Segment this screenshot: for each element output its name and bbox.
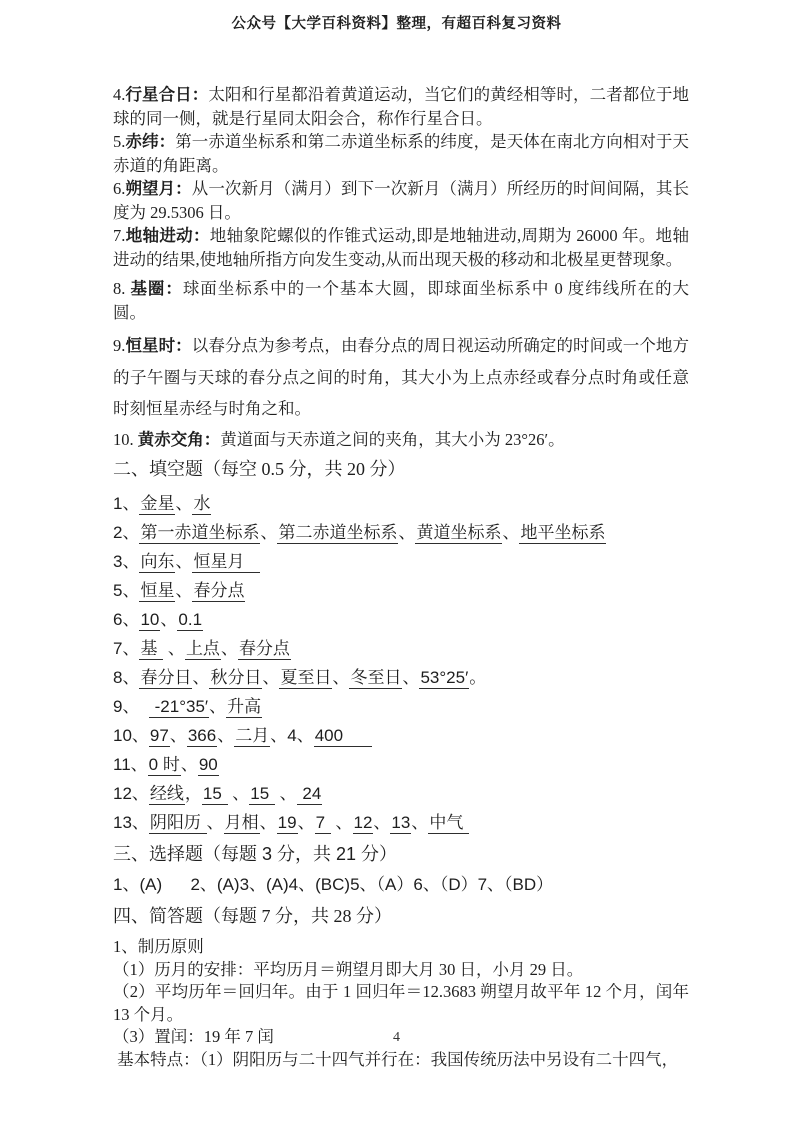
fill-in-item: 7、基 、上点、春分点 <box>113 638 689 659</box>
definitions-list: 4.行星合日：太阳和行星都沿着黄道运动，当它们的黄经相等时，二者都位于地球的同一… <box>113 83 689 451</box>
definition-item: 10. 黄赤交角：黄道面与天赤道之间的夹角，其大小为 23°26′。 <box>113 428 689 452</box>
blank-answer: 春分点 <box>238 639 291 660</box>
separator-text: 、 <box>192 668 209 687</box>
blank-answer: 冬至日 <box>349 668 402 689</box>
definition-number: 6. <box>113 179 125 198</box>
separator-text: 、 <box>207 813 224 832</box>
separator-text: 、 <box>373 813 390 832</box>
definition-item: 9.恒星时：以春分点为参考点，由春分点的周日视运动所确定的时间或一个地方的子午圈… <box>113 330 689 425</box>
definition-text: 第一赤道坐标系和第二赤道坐标系的纬度，是天体在南北方向相对于天赤道的角距离。 <box>113 132 689 175</box>
definition-number: 7. <box>113 226 125 245</box>
separator-text: 、 <box>175 581 192 600</box>
separator-text: 、 <box>502 523 519 542</box>
fill-in-label: 2、 <box>113 523 139 542</box>
definition-number: 4. <box>113 85 125 104</box>
fill-in-item: 1、金星、水 <box>113 493 689 514</box>
blank-answer: 15 <box>202 784 228 805</box>
definition-item: 5.赤纬：第一赤道坐标系和第二赤道坐标系的纬度，是天体在南北方向相对于天赤道的角… <box>113 130 689 177</box>
definition-number: 10. <box>113 430 138 449</box>
section-title-choice: 三、选择题（每题 3 分，共 21 分） <box>113 841 689 867</box>
fill-in-list: 1、金星、水2、第一赤道坐标系、第二赤道坐标系、黄道坐标系、地平坐标系3、向东、… <box>113 493 689 833</box>
fill-in-item: 2、第一赤道坐标系、第二赤道坐标系、黄道坐标系、地平坐标系 <box>113 522 689 543</box>
short-answer-lines: 1、制历原则（1）历月的安排：平均历月＝朔望月即大月 30 日，小月 29 日。… <box>113 936 689 1071</box>
blank-answer: 7 <box>315 813 331 834</box>
short-answer-line: （2）平均历年＝回归年。由于 1 回归年＝12.3683 朔望月故平年 12 个… <box>113 981 689 1026</box>
separator-text <box>139 697 148 716</box>
fill-in-label: 8、 <box>113 668 139 687</box>
separator-text: 。 <box>469 668 486 687</box>
separator-text: 、 <box>332 668 349 687</box>
section-title-short-answer: 四、简答题（每题 7 分，共 28 分） <box>113 903 689 929</box>
blank-answer: 春分日 <box>139 668 192 689</box>
blank-answer: 基 <box>139 639 163 660</box>
separator-text: 、 <box>331 813 353 832</box>
blank-answer: -21°35′ <box>149 697 209 718</box>
separator-text: 、 <box>181 755 198 774</box>
definition-item: 7.地轴进动：地轴象陀螺似的作锥式运动,即是地轴进动,周期为 26000 年。地… <box>113 224 689 271</box>
fill-in-item: 6、10、0.1 <box>113 609 689 630</box>
separator-text: 、 <box>260 813 277 832</box>
blank-answer: 366 <box>187 726 217 747</box>
blank-answer: 阴阳历 <box>149 813 207 834</box>
fill-in-label: 9、 <box>113 697 139 716</box>
section-title-fill-in: 二、填空题（每空 0.5 分，共 20 分） <box>113 456 689 482</box>
definition-term: 恒星时： <box>125 336 191 355</box>
separator-text: 、 <box>221 639 238 658</box>
fill-in-item: 13、阴阳历 、月相、19、7 、12、13、中气 <box>113 812 689 833</box>
blank-answer: 400 <box>314 726 373 747</box>
definition-term: 黄赤交角： <box>138 430 221 449</box>
doc-header-notice: 公众号【大学百科资料】整理，有超百科复习资料 <box>0 0 793 33</box>
fill-in-item: 11、0 时、90 <box>113 754 689 775</box>
blank-answer: 19 <box>277 813 298 834</box>
blank-answer: 90 <box>198 755 219 776</box>
fill-in-label: 1、 <box>113 494 139 513</box>
definition-text: 黄道面与天赤道之间的夹角，其大小为 23°26′。 <box>220 430 564 449</box>
definition-term: 基圈： <box>130 279 182 298</box>
short-answer-line: （1）历月的安排：平均历月＝朔望月即大月 30 日，小月 29 日。 <box>113 959 689 982</box>
separator-text: 、 <box>398 523 415 542</box>
separator-text: 、 <box>260 523 277 542</box>
separator-text: 、 <box>175 552 192 571</box>
blank-answer: 24 <box>297 784 323 805</box>
separator-text: 、 <box>160 610 177 629</box>
blank-answer: 向东 <box>139 552 175 573</box>
fill-in-label: 6、 <box>113 610 139 629</box>
short-answer-line: 1、制历原则 <box>113 936 689 959</box>
definition-number: 9. <box>113 336 125 355</box>
definition-item: 8. 基圈：球面坐标系中的一个基本大圆，即球面坐标系中 0 度纬线所在的大圆。 <box>113 277 689 324</box>
separator-text: 、 <box>270 726 287 745</box>
blank-answer: 夏至日 <box>279 668 332 689</box>
blank-answer: 升高 <box>226 697 262 718</box>
fill-in-item: 9、 -21°35′、升高 <box>113 696 689 717</box>
fill-in-item: 5、恒星、春分点 <box>113 580 689 601</box>
blank-answer: 12 <box>353 813 374 834</box>
blank-answer: 金星 <box>139 494 175 515</box>
separator-text: 、 <box>175 494 192 513</box>
blank-answer: 第二赤道坐标系 <box>277 523 398 544</box>
blank-answer: 第一赤道坐标系 <box>139 523 260 544</box>
blank-answer: 10 <box>139 610 160 631</box>
doc-content: 4.行星合日：太阳和行星都沿着黄道运动，当它们的黄经相等时，二者都位于地球的同一… <box>0 33 793 1071</box>
fill-in-label: 3、 <box>113 552 139 571</box>
blank-answer: 黄道坐标系 <box>415 523 502 544</box>
fill-in-label: 11、 <box>113 755 148 774</box>
fill-in-item: 12、经线，15 、15 、 24 <box>113 783 689 804</box>
definition-term: 地轴进动： <box>125 226 209 245</box>
separator-text: 、 <box>209 697 226 716</box>
definition-term: 赤纬： <box>125 132 175 151</box>
separator-text: ， <box>185 784 202 803</box>
blank-answer: 上点 <box>185 639 221 660</box>
separator-text: 、 <box>411 813 428 832</box>
separator-text: 、 <box>228 784 250 803</box>
blank-answer: 二月 <box>234 726 270 747</box>
document-page: 公众号【大学百科资料】整理，有超百科复习资料 4.行星合日：太阳和行星都沿着黄道… <box>0 0 793 1122</box>
blank-answer: 15 <box>249 784 275 805</box>
definition-text: 从一次新月（满月）到下一次新月（满月）所经历的时间间隔，其长度为 29.5306… <box>113 179 689 222</box>
separator-text: 、 <box>298 813 315 832</box>
definition-number: 5. <box>113 132 125 151</box>
blank-answer: 水 <box>192 494 211 515</box>
definition-number: 8. <box>113 279 130 298</box>
separator-text: 、 <box>297 726 314 745</box>
definition-text: 球面坐标系中的一个基本大圆，即球面坐标系中 0 度纬线所在的大圆。 <box>113 279 689 322</box>
blank-answer: 月相 <box>224 813 260 834</box>
short-answer-line: 基本特点：（1）阴阳历与二十四气并行在：我国传统历法中另设有二十四气， <box>113 1049 689 1072</box>
definition-term: 行星合日： <box>125 85 208 104</box>
blank-answer: 恒星月 <box>192 552 259 573</box>
fill-in-item: 10、97、366、二月、4、400 <box>113 725 689 746</box>
definition-item: 6.朔望月：从一次新月（满月）到下一次新月（满月）所经历的时间间隔，其长度为 2… <box>113 177 689 224</box>
blank-answer: 中气 <box>428 813 469 834</box>
definition-term: 朔望月： <box>125 179 191 198</box>
separator-text: 、 <box>402 668 419 687</box>
page-number: 4 <box>0 1030 793 1046</box>
blank-answer: 53°25′ <box>419 668 469 689</box>
separator-text: 、 <box>275 784 297 803</box>
fill-in-label: 10、 <box>113 726 149 745</box>
choice-answers-line: 1、(A) 2、(A)3、(A)4、(BC)5、（A）6、（D）7、（BD） <box>113 874 689 896</box>
separator-text: 、 <box>170 726 187 745</box>
blank-answer: 秋分日 <box>209 668 262 689</box>
blank-answer: 经线 <box>149 784 185 805</box>
fill-in-label: 13、 <box>113 813 149 832</box>
fill-in-label: 12、 <box>113 784 149 803</box>
fill-in-label: 7、 <box>113 639 139 658</box>
blank-answer: 0.1 <box>177 610 203 631</box>
separator-text: 、 <box>163 639 185 658</box>
blank-answer: 13 <box>390 813 411 834</box>
fill-in-item: 8、春分日、秋分日、夏至日、冬至日、53°25′。 <box>113 667 689 688</box>
separator-text: 、 <box>262 668 279 687</box>
definition-text: 以春分点为参考点，由春分点的周日视运动所确定的时间或一个地方的子午圈与天球的春分… <box>113 336 689 418</box>
fill-in-label: 5、 <box>113 581 139 600</box>
separator-text: 、 <box>217 726 234 745</box>
separator-text: 4 <box>287 726 296 745</box>
fill-in-item: 3、向东、恒星月 <box>113 551 689 572</box>
blank-answer: 97 <box>149 726 170 747</box>
definition-item: 4.行星合日：太阳和行星都沿着黄道运动，当它们的黄经相等时，二者都位于地球的同一… <box>113 83 689 130</box>
blank-answer: 恒星 <box>139 581 175 602</box>
blank-answer: 春分点 <box>192 581 245 602</box>
blank-answer: 0 时 <box>148 755 181 776</box>
blank-answer: 地平坐标系 <box>519 523 606 544</box>
